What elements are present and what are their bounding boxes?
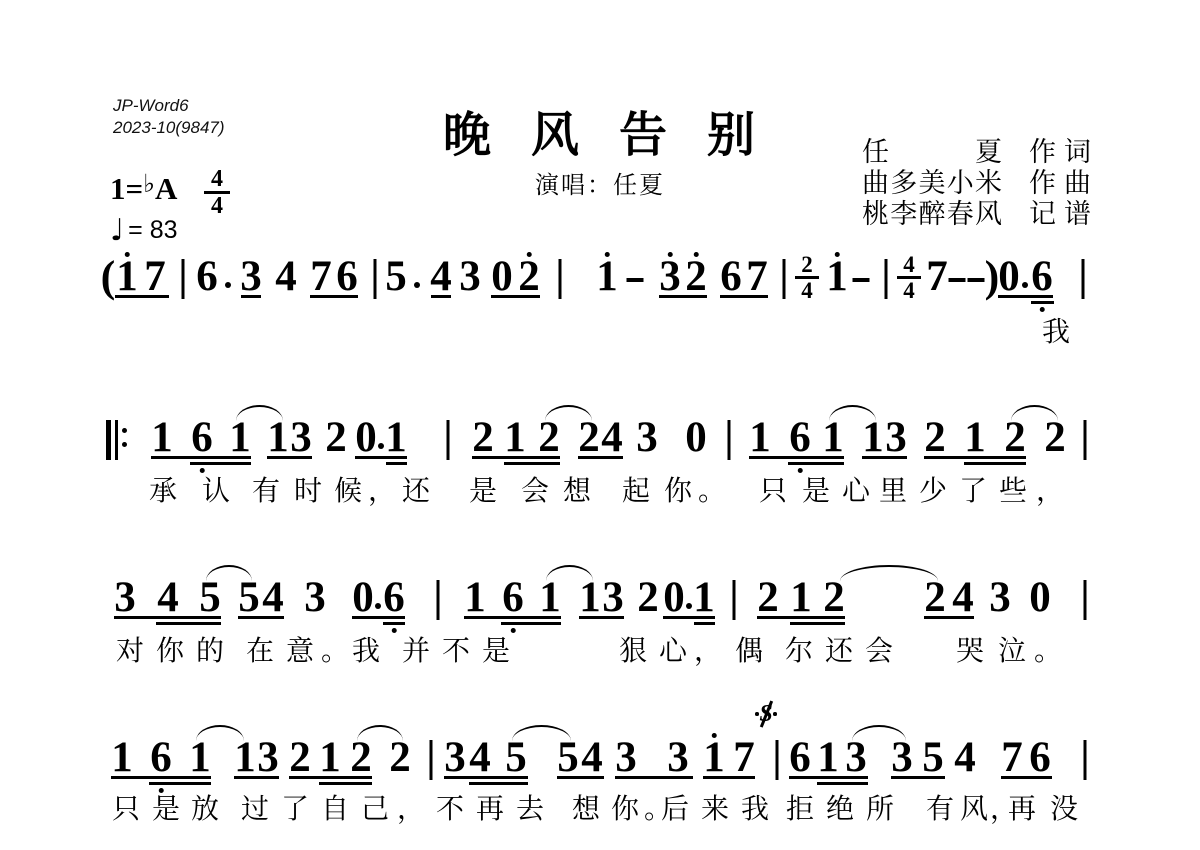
lyric-syllable: 哭 — [956, 637, 984, 667]
lyric-syllable: 候 — [334, 477, 362, 507]
note-digit: 2 — [389, 743, 411, 773]
beam-underline — [579, 616, 624, 619]
octave-dot-above-icon — [668, 252, 673, 257]
note-digit: 7 — [926, 262, 948, 292]
lyric-syllable: 我 — [1042, 318, 1070, 348]
note-digit: 1 — [319, 743, 341, 773]
parenthesis: ) — [985, 258, 1000, 296]
note-digit: 5 — [238, 583, 260, 613]
lyric-syllable: 有 — [252, 477, 280, 507]
beam-underline — [788, 462, 844, 465]
beam-underline — [862, 456, 907, 459]
octave-dot-above-icon — [835, 252, 840, 257]
beam-underline — [241, 295, 261, 298]
note-digit: 0 — [352, 583, 374, 613]
note-digit: 2 — [637, 583, 659, 613]
note-digit: 1 — [749, 423, 771, 453]
beam-underline — [149, 782, 211, 785]
lyric-syllable: 。 — [698, 477, 726, 507]
beam-underline — [749, 456, 844, 459]
augmentation-dot-icon — [375, 603, 381, 609]
note-digit: 3 — [845, 743, 867, 773]
beam-underline — [789, 776, 868, 779]
octave-dot-below-icon — [159, 788, 164, 793]
octave-dot-below-icon — [798, 468, 803, 473]
lyric-syllable: 你 — [156, 637, 184, 667]
lyric-syllable: 泣 — [998, 637, 1026, 667]
note-digit: 3 — [444, 743, 466, 773]
note-digit: 6 — [1031, 262, 1053, 292]
time-numerator: 4 — [895, 255, 923, 274]
barline — [1084, 580, 1087, 620]
note-digit: 6 — [150, 743, 172, 773]
lyric-syllable: 起 — [622, 477, 650, 507]
lyric-syllable: 的 — [196, 637, 224, 667]
note-digit: 3 — [114, 583, 136, 613]
lyric-syllable: 是 — [152, 795, 180, 825]
lyric-syllable: 绝 — [826, 795, 854, 825]
beam-underline — [491, 295, 540, 298]
score: (17634765430213267241447)06我161132012122… — [0, 0, 1200, 850]
beam-underline — [790, 622, 845, 625]
note-digit: 0 — [355, 423, 377, 453]
barline — [1082, 259, 1085, 299]
lyric-syllable: 想 — [572, 795, 600, 825]
barline — [430, 740, 433, 780]
note-digit: 1 — [267, 423, 289, 453]
lyric-syllable: 再 — [476, 795, 504, 825]
parenthesis: ( — [101, 258, 116, 296]
time-numerator: 2 — [793, 255, 821, 274]
note-digit: 3 — [891, 743, 913, 773]
beam-underline — [663, 616, 715, 619]
segno-icon: S — [757, 701, 775, 727]
beam-underline — [817, 782, 868, 785]
augmentation-dot-icon — [414, 282, 420, 288]
beam-underline — [659, 295, 707, 298]
beam-underline — [319, 782, 372, 785]
note-digit: 1 — [817, 743, 839, 773]
lyric-syllable: 时 — [294, 477, 322, 507]
note-digit: 6 — [720, 262, 742, 292]
lyric-syllable: 拒 — [786, 795, 814, 825]
note-digit: 6 — [196, 262, 218, 292]
note-digit: 5 — [505, 743, 527, 773]
note-digit: 2 — [1004, 423, 1026, 453]
lyric-syllable: 了 — [959, 477, 987, 507]
note-digit: 7 — [746, 262, 768, 292]
lyric-syllable: 后 — [661, 795, 689, 825]
note-digit: 1 — [693, 583, 715, 613]
note-digit: 7 — [310, 262, 332, 292]
lyric-syllable: 狠 — [619, 637, 647, 667]
note-digit: 1 — [464, 583, 486, 613]
note-digit: 1 — [111, 743, 133, 773]
lyric-syllable: 里 — [879, 477, 907, 507]
sheet-music-page: { "watermark": {"line1": "JP-Word6", "li… — [0, 0, 1200, 850]
lyric-syllable: 在 — [246, 637, 274, 667]
octave-dot-above-icon — [712, 733, 717, 738]
lyric-syllable: 。 — [321, 637, 349, 667]
beam-underline — [891, 776, 945, 779]
beam-underline — [115, 295, 169, 298]
note-digit: 4 — [275, 262, 297, 292]
note-digit: 2 — [685, 262, 707, 292]
repeat-thick-bar — [106, 420, 111, 460]
beam-underline — [431, 295, 451, 298]
lyric-syllable: 对 — [116, 637, 144, 667]
note-digit: 1 — [703, 743, 725, 773]
note-digit: 1 — [964, 423, 986, 453]
note-digit: 1 — [234, 743, 256, 773]
beam-underline — [578, 456, 623, 459]
note-digit: 4 — [581, 743, 603, 773]
lyric-syllable: 自 — [321, 795, 349, 825]
lyric-syllable: ， — [1036, 477, 1064, 507]
beam-underline — [504, 462, 560, 465]
lyric-syllable: 不 — [442, 637, 470, 667]
note-digit: 1 — [116, 262, 138, 292]
lyric-syllable: 有 — [926, 795, 954, 825]
inline-time-signature: 24 — [793, 255, 821, 300]
lyric-syllable: 我 — [741, 795, 769, 825]
lyric-syllable: 没 — [1050, 795, 1078, 825]
lyric-syllable: ， — [397, 795, 425, 825]
beam-underline — [501, 622, 561, 625]
beam-underline — [310, 295, 358, 298]
note-digit: 3 — [290, 423, 312, 453]
note-digit: 6 — [191, 423, 213, 453]
lyric-syllable: 心 — [659, 637, 687, 667]
note-digit: 6 — [1029, 743, 1051, 773]
note-digit: 0 — [663, 583, 685, 613]
barline — [182, 259, 185, 299]
beam-underline — [720, 295, 768, 298]
note-digit: 1 — [579, 583, 601, 613]
note-digit: 2 — [924, 583, 946, 613]
repeat-thin-bar — [115, 420, 118, 460]
note-digit: 7 — [1001, 743, 1023, 773]
lyric-syllable: 己 — [361, 795, 389, 825]
barline — [559, 259, 562, 299]
beam-underline — [464, 616, 561, 619]
barline — [1084, 740, 1087, 780]
lyric-syllable: 认 — [202, 477, 230, 507]
note-digit: 2 — [350, 743, 372, 773]
note-digit: 2 — [578, 423, 600, 453]
lyric-syllable: 少 — [919, 477, 947, 507]
beam-underline — [757, 616, 845, 619]
beam-underline — [114, 616, 221, 619]
note-digit: 1 — [539, 583, 561, 613]
lyric-syllable: 还 — [402, 477, 430, 507]
lyric-syllable: 放 — [191, 795, 219, 825]
note-digit: 1 — [189, 743, 211, 773]
note-digit: 0 — [685, 423, 707, 453]
lyric-syllable: 只 — [112, 795, 140, 825]
barline — [447, 420, 450, 460]
note-digit: 1 — [790, 583, 812, 613]
lyric-syllable: 是 — [469, 477, 497, 507]
octave-dot-below-icon — [392, 628, 397, 633]
barline — [783, 259, 786, 299]
repeat-dot — [122, 442, 127, 447]
lyric-syllable: 。 — [1034, 637, 1062, 667]
note-digit: 3 — [885, 423, 907, 453]
barline — [885, 259, 888, 299]
barline — [437, 580, 440, 620]
note-digit: 3 — [257, 743, 279, 773]
note-digit: 3 — [989, 583, 1011, 613]
lyric-syllable: 想 — [563, 477, 591, 507]
lyric-syllable: 尔 — [785, 637, 813, 667]
barline — [776, 740, 779, 780]
lyric-syllable: 是 — [802, 477, 830, 507]
note-digit: 5 — [385, 262, 407, 292]
barline — [374, 259, 377, 299]
beam-underline — [111, 776, 211, 779]
beam-underline — [383, 622, 405, 625]
beam-underline — [151, 456, 251, 459]
note-digit: 6 — [789, 743, 811, 773]
beam-underline — [469, 782, 528, 785]
beam-underline — [190, 462, 251, 465]
lyric-syllable: ， — [368, 477, 396, 507]
note-digit: 5 — [557, 743, 579, 773]
beam-underline — [444, 776, 528, 779]
note-digit: 1 — [826, 262, 848, 292]
time-denominator: 4 — [793, 281, 821, 300]
beam-underline — [472, 456, 560, 459]
note-digit: 3 — [240, 262, 262, 292]
note-digit: 4 — [157, 583, 179, 613]
lyric-syllable: 会 — [521, 477, 549, 507]
beam-underline — [289, 776, 372, 779]
note-digit: 2 — [924, 423, 946, 453]
lyric-syllable: 只 — [759, 477, 787, 507]
note-digit: 5 — [199, 583, 221, 613]
octave-dot-above-icon — [694, 252, 699, 257]
note-digit: 0 — [1029, 583, 1051, 613]
lyric-syllable: 是 — [482, 637, 510, 667]
lyric-syllable: 心 — [842, 477, 870, 507]
beam-underline — [924, 456, 1026, 459]
note-digit: 6 — [336, 262, 358, 292]
note-digit: 4 — [262, 583, 284, 613]
note-digit: 0 — [998, 262, 1020, 292]
octave-dot-below-icon — [200, 468, 205, 473]
lyric-syllable: 我 — [352, 637, 380, 667]
note-digit: 2 — [1044, 423, 1066, 453]
octave-dot-above-icon — [527, 252, 532, 257]
augmentation-dot-icon — [378, 443, 384, 449]
lyric-syllable: 过 — [241, 795, 269, 825]
note-digit: 1 — [862, 423, 884, 453]
note-digit: 2 — [518, 262, 540, 292]
note-digit: 5 — [922, 743, 944, 773]
lyric-syllable: 风 — [960, 795, 988, 825]
note-digit: 7 — [144, 262, 166, 292]
note-digit: 2 — [325, 423, 347, 453]
inline-time-signature: 44 — [895, 255, 923, 300]
note-digit: 3 — [615, 743, 637, 773]
lyric-syllable: 再 — [1008, 795, 1036, 825]
octave-dot-below-icon — [511, 628, 516, 633]
beam-underline — [694, 622, 715, 625]
segno-dot — [773, 712, 777, 716]
duration-dash-icon — [968, 278, 985, 282]
beam-underline — [615, 776, 693, 779]
lyric-syllable: 去 — [516, 795, 544, 825]
lyric-syllable: 不 — [436, 795, 464, 825]
beam-underline — [1001, 776, 1052, 779]
note-digit: 2 — [757, 583, 779, 613]
octave-dot-above-icon — [605, 252, 610, 257]
beam-underline — [267, 456, 312, 459]
duration-dash-icon — [949, 278, 966, 282]
lyric-syllable: 来 — [701, 795, 729, 825]
note-digit: 1 — [822, 423, 844, 453]
note-digit: 2 — [472, 423, 494, 453]
barline — [728, 420, 731, 460]
note-digit: 1 — [504, 423, 526, 453]
beam-underline — [352, 616, 405, 619]
lyric-syllable: 些 — [999, 477, 1027, 507]
barline — [733, 580, 736, 620]
beam-underline — [924, 616, 974, 619]
note-digit: 6 — [789, 423, 811, 453]
note-digit: 4 — [469, 743, 491, 773]
lyric-syllable: 偶 — [735, 637, 763, 667]
lyric-syllable: 还 — [825, 637, 853, 667]
note-digit: 3 — [667, 743, 689, 773]
beam-underline — [998, 295, 1053, 298]
duration-dash-icon — [627, 278, 644, 282]
note-digit: 1 — [385, 423, 407, 453]
time-denominator: 4 — [895, 281, 923, 300]
note-digit: 4 — [952, 583, 974, 613]
octave-dot-above-icon — [125, 252, 130, 257]
note-digit: 3 — [636, 423, 658, 453]
note-digit: 6 — [502, 583, 524, 613]
beam-underline — [557, 776, 604, 779]
lyric-syllable: 会 — [865, 637, 893, 667]
note-digit: 2 — [823, 583, 845, 613]
beam-underline — [386, 462, 407, 465]
lyric-syllable: 了 — [281, 795, 309, 825]
repeat-dot — [122, 428, 127, 433]
note-digit: 7 — [733, 743, 755, 773]
note-digit: 1 — [151, 423, 173, 453]
beam-underline — [234, 776, 279, 779]
segno-dot — [755, 712, 759, 716]
note-digit: 1 — [229, 423, 251, 453]
octave-dot-below-icon — [1040, 307, 1045, 312]
beam-underline — [355, 456, 407, 459]
augmentation-dot-icon — [225, 282, 231, 288]
lyric-syllable: ， — [694, 637, 722, 667]
beam-underline — [238, 616, 284, 619]
augmentation-dot-icon — [686, 603, 692, 609]
barline — [1084, 420, 1087, 460]
lyric-syllable: 你 — [611, 795, 639, 825]
note-digit: 0 — [491, 262, 513, 292]
note-digit: 4 — [601, 423, 623, 453]
note-digit: 2 — [289, 743, 311, 773]
note-digit: 3 — [459, 262, 481, 292]
beam-underline — [1031, 301, 1054, 304]
note-digit: 4 — [430, 262, 452, 292]
note-digit: 6 — [383, 583, 405, 613]
augmentation-dot-icon — [1022, 282, 1028, 288]
duration-dash-icon — [853, 278, 870, 282]
note-digit: 2 — [538, 423, 560, 453]
beam-underline — [703, 776, 755, 779]
lyric-syllable: 所 — [866, 795, 894, 825]
lyric-syllable: 并 — [402, 637, 430, 667]
lyric-syllable: 承 — [149, 477, 177, 507]
beam-underline — [156, 622, 221, 625]
beam-underline — [964, 462, 1026, 465]
lyric-syllable: 意 — [286, 637, 314, 667]
note-digit: 3 — [304, 583, 326, 613]
note-digit: 3 — [602, 583, 624, 613]
repeat-open-icon — [106, 420, 128, 460]
note-digit: 3 — [659, 262, 681, 292]
note-digit: 1 — [596, 262, 618, 292]
note-digit: 4 — [954, 743, 976, 773]
lyric-syllable: 你 — [664, 477, 692, 507]
